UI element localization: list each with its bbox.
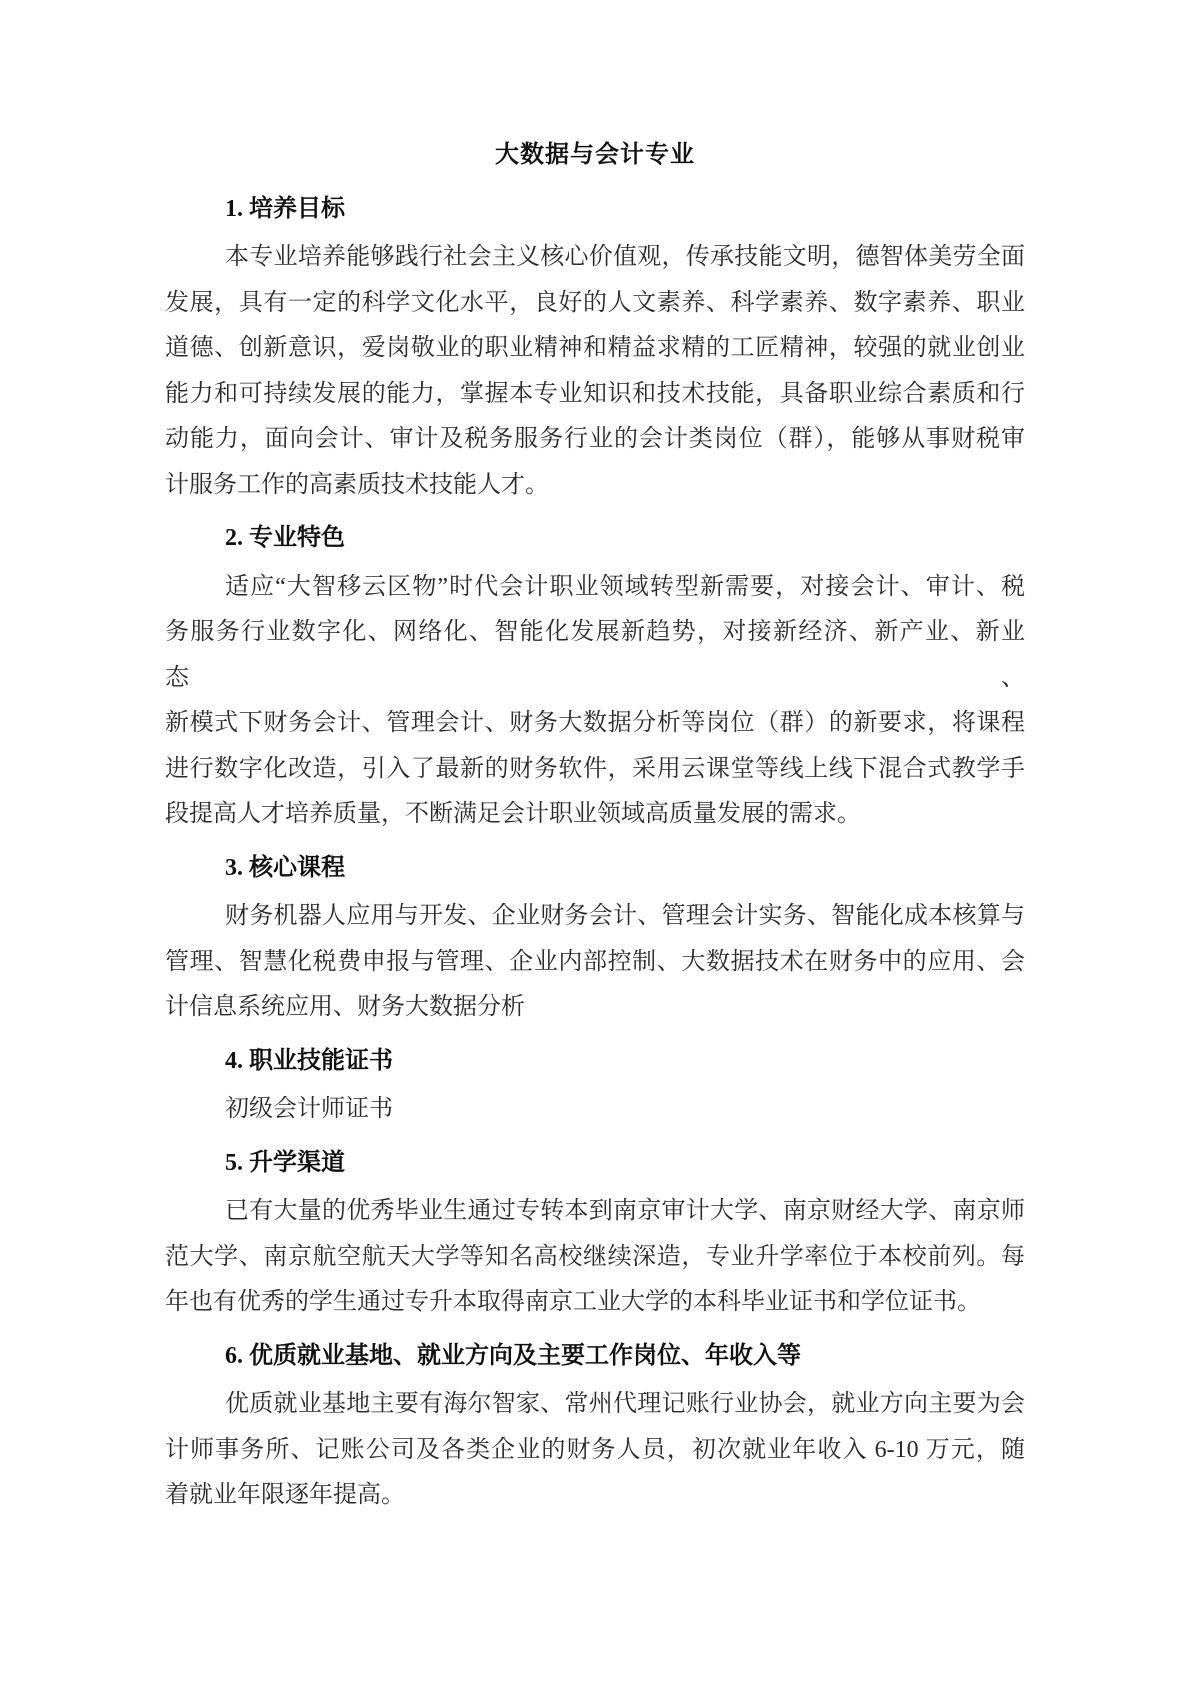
document-page: 大数据与会计专业 1. 培养目标 本专业培养能够践行社会主义核心价值观，传承技能…	[0, 0, 1191, 1684]
body-line: 进行数字化改造，引入了最新的财务软件，采用云课堂等线上线下混合式教学手	[165, 747, 1025, 793]
document-title: 大数据与会计专业	[165, 133, 1025, 179]
section-heading: 4. 职业技能证书	[165, 1039, 1025, 1085]
body-line: 财务机器人应用与开发、企业财务会计、管理会计实务、智能化成本核算与	[165, 894, 1025, 940]
section-employment: 6. 优质就业基地、就业方向及主要工作岗位、年收入等 优质就业基地主要有海尔智家…	[165, 1334, 1025, 1519]
paragraph: 本专业培养能够践行社会主义核心价值观，传承技能文明，德智体美劳全面 发展，具有一…	[165, 235, 1025, 508]
paragraph: 财务机器人应用与开发、企业财务会计、管理会计实务、智能化成本核算与 管理、智慧化…	[165, 894, 1025, 1031]
body-line: 动能力，面向会计、审计及税务服务行业的会计类岗位（群），能够从事财税审	[165, 417, 1025, 463]
body-line: 能力和可持续发展的能力，掌握本专业知识和技术技能，具备职业综合素质和行	[165, 372, 1025, 418]
paragraph: 优质就业基地主要有海尔智家、常州代理记账行业协会，就业方向主要为会 计师事务所、…	[165, 1382, 1025, 1519]
body-line: 计师事务所、记账公司及各类企业的财务人员，初次就业年收入 6-10 万元，随	[165, 1428, 1025, 1474]
body-line: 道德、创新意识，爱岗敬业的职业精神和精益求精的工匠精神，较强的就业创业	[165, 326, 1025, 372]
section-heading: 5. 升学渠道	[165, 1141, 1025, 1187]
body-line: 发展，具有一定的科学文化水平，良好的人文素养、科学素养、数字素养、职业	[165, 281, 1025, 327]
section-core-courses: 3. 核心课程 财务机器人应用与开发、企业财务会计、管理会计实务、智能化成本核算…	[165, 846, 1025, 1031]
paragraph: 适应“大智移云区物”时代会计职业领域转型新需要，对接会计、审计、税 务服务行业数…	[165, 565, 1025, 838]
body-line: 计服务工作的高素质技术技能人才。	[165, 463, 1025, 509]
section-heading: 2. 专业特色	[165, 516, 1025, 562]
body-line: 新模式下财务会计、管理会计、财务大数据分析等岗位（群）的新要求，将课程	[165, 701, 1025, 747]
body-line: 着就业年限逐年提高。	[165, 1473, 1025, 1519]
section-program-features: 2. 专业特色 适应“大智移云区物”时代会计职业领域转型新需要，对接会计、审计、…	[165, 516, 1025, 838]
body-line: 务服务行业数字化、网络化、智能化发展新趋势，对接新经济、新产业、新业态、	[165, 610, 1025, 701]
section-vocational-certificates: 4. 职业技能证书 初级会计师证书	[165, 1039, 1025, 1133]
section-training-objectives: 1. 培养目标 本专业培养能够践行社会主义核心价值观，传承技能文明，德智体美劳全…	[165, 187, 1025, 509]
section-heading: 1. 培养目标	[165, 187, 1025, 233]
body-line: 范大学、南京航空航天大学等知名高校继续深造，专业升学率位于本校前列。每	[165, 1235, 1025, 1281]
body-line: 计信息系统应用、财务大数据分析	[165, 985, 1025, 1031]
body-line: 适应“大智移云区物”时代会计职业领域转型新需要，对接会计、审计、税	[165, 565, 1025, 611]
section-further-education: 5. 升学渠道 已有大量的优秀毕业生通过专转本到南京审计大学、南京财经大学、南京…	[165, 1141, 1025, 1326]
body-line: 已有大量的优秀毕业生通过专转本到南京审计大学、南京财经大学、南京师	[165, 1189, 1025, 1235]
section-heading: 6. 优质就业基地、就业方向及主要工作岗位、年收入等	[165, 1334, 1025, 1380]
section-heading: 3. 核心课程	[165, 846, 1025, 892]
body-line: 年也有优秀的学生通过专升本取得南京工业大学的本科毕业证书和学位证书。	[165, 1280, 1025, 1326]
body-line: 优质就业基地主要有海尔智家、常州代理记账行业协会，就业方向主要为会	[165, 1382, 1025, 1428]
body-line: 初级会计师证书	[165, 1087, 1025, 1133]
paragraph: 已有大量的优秀毕业生通过专转本到南京审计大学、南京财经大学、南京师 范大学、南京…	[165, 1189, 1025, 1326]
body-line: 管理、智慧化税费申报与管理、企业内部控制、大数据技术在财务中的应用、会	[165, 940, 1025, 986]
body-line: 本专业培养能够践行社会主义核心价值观，传承技能文明，德智体美劳全面	[165, 235, 1025, 281]
body-line: 段提高人才培养质量，不断满足会计职业领域高质量发展的需求。	[165, 792, 1025, 838]
paragraph: 初级会计师证书	[165, 1087, 1025, 1133]
